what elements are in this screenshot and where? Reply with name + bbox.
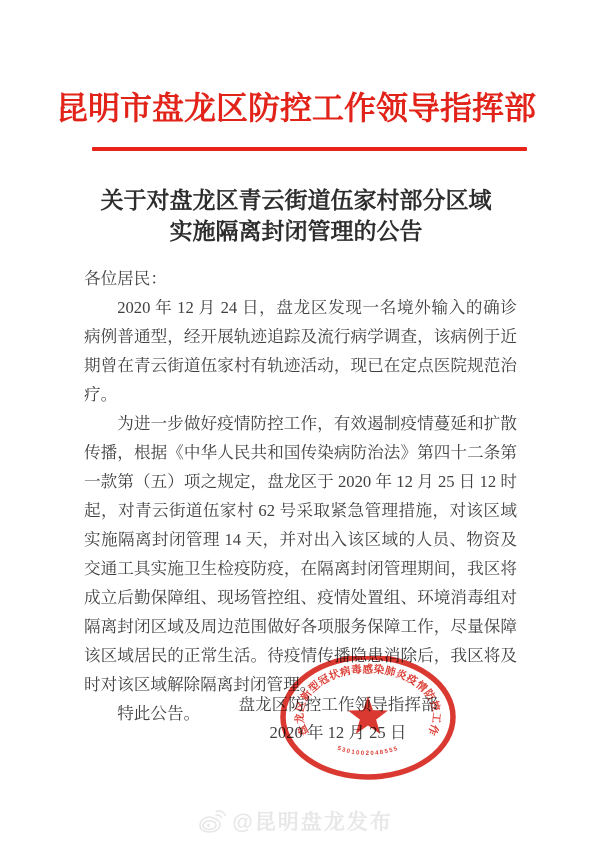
document-title-line1: 关于对盘龙区青云街道伍家村部分区域 xyxy=(0,185,592,216)
notice-document-page: 昆明市盘龙区防控工作领导指挥部 关于对盘龙区青云街道伍家村部分区域 实施隔离封闭… xyxy=(0,0,592,841)
signature-block: 盘龙区防控工作领导指挥部 2020 年 12 月 25 日 xyxy=(238,691,438,747)
document-title-line2: 实施隔离封闭管理的公告 xyxy=(0,216,592,247)
document-body: 各位居民： 2020 年 12 月 24 日，盘龙区发现一名境外输入的确诊病例普… xyxy=(84,264,517,728)
weibo-icon xyxy=(199,810,226,833)
watermark-text: @昆明盘龙发布 xyxy=(232,806,392,836)
issuing-authority-title: 昆明市盘龙区防控工作领导指挥部 xyxy=(0,83,592,129)
salutation: 各位居民： xyxy=(84,264,517,293)
watermark: @昆明盘龙发布 xyxy=(0,806,592,836)
body-paragraph: 为进一步做好疫情防控工作，有效遏制疫情蔓延和扩散传播，根据《中华人民共和国传染病… xyxy=(84,409,517,699)
red-divider-line xyxy=(92,147,527,151)
signature-authority: 盘龙区防控工作领导指挥部 xyxy=(238,691,438,719)
signature-date: 2020 年 12 月 25 日 xyxy=(238,719,438,747)
document-title: 关于对盘龙区青云街道伍家村部分区域 实施隔离封闭管理的公告 xyxy=(0,185,592,247)
body-paragraph: 2020 年 12 月 24 日，盘龙区发现一名境外输入的确诊病例普通型，经开展… xyxy=(84,293,517,409)
seal-serial-number: 5301002048555 xyxy=(336,746,399,757)
